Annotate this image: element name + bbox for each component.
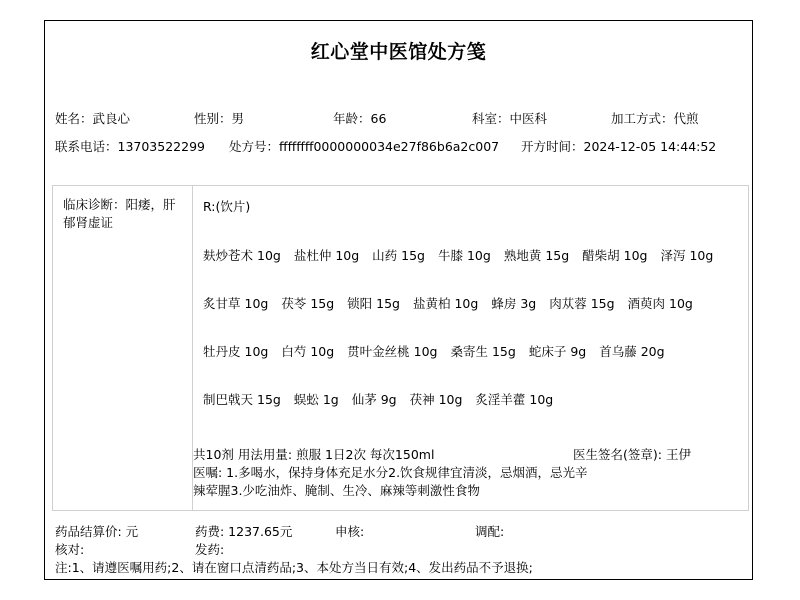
herb-item: 蜈蚣 1g <box>294 392 339 407</box>
prescription-sheet: 红心堂中医馆处方笺 姓名：武良心 性别：男 年龄：66 科室：中医科 加工方式：… <box>44 20 753 580</box>
herb-item: 盐黄柏 10g <box>413 296 478 311</box>
diagnosis-column: 临床诊断：阳痿，肝郁肾虚证 <box>53 186 193 510</box>
settlement-price: 药品结算价: 元 <box>55 523 138 541</box>
clinical-diagnosis: 临床诊断：阳痿，肝郁肾虚证 <box>63 196 184 232</box>
herb-item: 白芍 10g <box>281 344 334 359</box>
drug-fee: 药费: 1237.65元 <box>195 523 292 541</box>
prescription-box: 临床诊断：阳痿，肝郁肾虚证 R:(饮片) 麸炒苍术 10g 盐杜仲 10g 山药… <box>52 185 749 511</box>
footer-line-1: 药品结算价: 元 药费: 1237.65元 申核: 调配: <box>55 523 745 541</box>
check-label: 核对: <box>55 541 84 559</box>
patient-name: 姓名：武良心 <box>55 109 130 127</box>
herb-line-3: 牡丹皮 10g 白芍 10g 贯叶金丝桃 10g 桑寄生 15g 蛇床子 9g … <box>203 342 674 360</box>
patient-gender: 性别：男 <box>194 109 244 127</box>
herb-line-2: 炙甘草 10g 茯苓 15g 锁阳 15g 盐黄柏 10g 蜂房 3g 肉苁蓉 … <box>203 294 702 312</box>
herb-item: 山药 15g <box>372 248 425 263</box>
footer-line-2: 核对: 发药: <box>55 541 745 559</box>
herb-line-1: 麸炒苍术 10g 盐杜仲 10g 山药 15g 牛膝 10g 熟地黄 15g 醋… <box>203 246 722 264</box>
patient-phone: 联系电话：13703522299 <box>55 137 205 155</box>
rx-header: R:(饮片) <box>203 197 250 215</box>
herb-item: 首乌藤 20g <box>599 344 664 359</box>
medical-advice: 医嘱: 1.多喝水，保持身体充足水分2.饮食规律宜清淡，忌烟酒，忌光辛辣荤腥3.… <box>193 464 593 500</box>
herb-item: 醋柴胡 10g <box>582 248 647 263</box>
herb-item: 蛇床子 9g <box>529 344 586 359</box>
issue-label: 发药: <box>195 541 224 559</box>
herb-item: 制巴戟天 15g <box>203 392 281 407</box>
herb-item: 牛膝 10g <box>438 248 491 263</box>
herb-item: 仙茅 9g <box>352 392 397 407</box>
herb-item: 贯叶金丝桃 10g <box>347 344 437 359</box>
prescription-time: 开方时间：2024-12-05 14:44:52 <box>521 137 716 155</box>
herb-item: 茯苓 15g <box>281 296 334 311</box>
herb-line-4: 制巴戟天 15g 蜈蚣 1g 仙茅 9g 茯神 10g 炙淫羊藿 10g <box>203 390 562 408</box>
dispense-label: 调配: <box>475 523 504 541</box>
herb-item: 炙甘草 10g <box>203 296 268 311</box>
herb-item: 酒萸肉 10g <box>628 296 693 311</box>
notes: 注:1、请遵医嘱用药;2、请在窗口点清药品;3、本处方当日有效;4、发出药品不予… <box>55 559 533 577</box>
usage-line: 共10剂 用法用量: 煎服 1日2次 每次150ml 医生签名(签章): 王伊 <box>193 446 748 464</box>
usage-dosage: 共10剂 用法用量: 煎服 1日2次 每次150ml <box>193 447 434 462</box>
prescription-number: 处方号：ffffffff0000000034e27f86b6a2c007 <box>229 137 499 155</box>
herb-item: 盐杜仲 10g <box>294 248 359 263</box>
herb-item: 熟地黄 15g <box>504 248 569 263</box>
herb-item: 泽泻 10g <box>660 248 713 263</box>
herb-item: 肉苁蓉 15g <box>549 296 614 311</box>
processing-method: 加工方式：代煎 <box>611 109 699 127</box>
usage-block: 共10剂 用法用量: 煎服 1日2次 每次150ml 医生签名(签章): 王伊 … <box>193 446 748 500</box>
footer-line-3: 注:1、请遵医嘱用药;2、请在窗口点清药品;3、本处方当日有效;4、发出药品不予… <box>55 559 745 577</box>
herb-item: 牡丹皮 10g <box>203 344 268 359</box>
review-label: 申核: <box>335 523 364 541</box>
herb-item: 锁阳 15g <box>347 296 400 311</box>
patient-age: 年龄：66 <box>333 109 386 127</box>
footer: 药品结算价: 元 药费: 1237.65元 申核: 调配: 核对: 发药: 注:… <box>55 523 745 577</box>
department: 科室：中医科 <box>472 109 547 127</box>
herb-item: 蜂房 3g <box>491 296 536 311</box>
herb-item: 桑寄生 15g <box>450 344 515 359</box>
herb-item: 麸炒苍术 10g <box>203 248 281 263</box>
page-title: 红心堂中医馆处方笺 <box>45 37 752 64</box>
herb-item: 炙淫羊藿 10g <box>475 392 553 407</box>
prescription-column: R:(饮片) 麸炒苍术 10g 盐杜仲 10g 山药 15g 牛膝 10g 熟地… <box>193 186 748 510</box>
doctor-signature: 医生签名(签章): 王伊 <box>573 446 691 464</box>
herb-item: 茯神 10g <box>410 392 463 407</box>
